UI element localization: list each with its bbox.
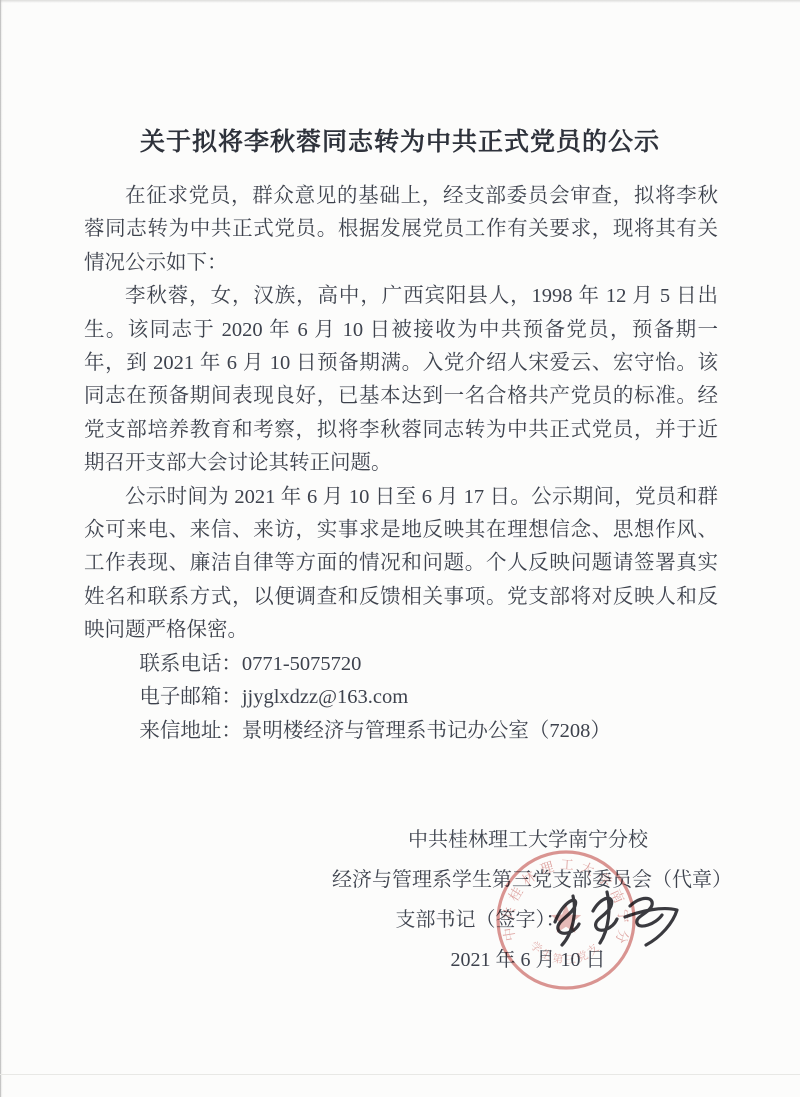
scanned-notice-page: 关于拟将李秋蓉同志转为中共正式党员的公示 在征求党员，群众意见的基础上，经支部委… (0, 0, 800, 1097)
contact-line-address: 来信地址：景明楼经济与管理系书记办公室（7208） (84, 715, 718, 748)
signer-row: 支部书记（签字）： (332, 900, 724, 940)
signature-block: 中共桂林理工大学南宁分校 经济与管理系学生第三党支部委员会（代章） 支部书记（签… (332, 820, 724, 980)
page-bottom-edge-line (0, 1074, 800, 1075)
contact-line-phone: 联系电话：0771-5075720 (84, 648, 718, 681)
page-top-edge-shadow (0, 0, 800, 3)
body-paragraph-intro: 在征求党员，群众意见的基础上，经支部委员会审查，拟将李秋蓉同志转为中共正式党员。… (84, 180, 718, 280)
notice-title: 关于拟将李秋蓉同志转为中共正式党员的公示 (0, 122, 800, 158)
body-paragraph-profile: 李秋蓉，女，汉族，高中，广西宾阳县人，1998 年 12 月 5 日出生。该同志… (84, 280, 718, 480)
notice-body: 在征求党员，群众意见的基础上，经支部委员会审查，拟将李秋蓉同志转为中共正式党员。… (84, 180, 718, 748)
signer-label: 支部书记（签字）： (396, 909, 566, 931)
page-left-edge-shadow (0, 0, 3, 1097)
signature-stroke (593, 898, 617, 930)
contact-line-email: 电子邮箱：jjyglxdzz@163.com (84, 681, 718, 714)
body-paragraph-publicity-period: 公示时间为 2021 年 6 月 10 日至 6 月 17 日。公示期间，党员和… (84, 481, 718, 648)
handwritten-signature (548, 886, 688, 950)
signature-stroke (625, 909, 677, 945)
org-name-line: 中共桂林理工大学南宁分校 (332, 820, 724, 860)
